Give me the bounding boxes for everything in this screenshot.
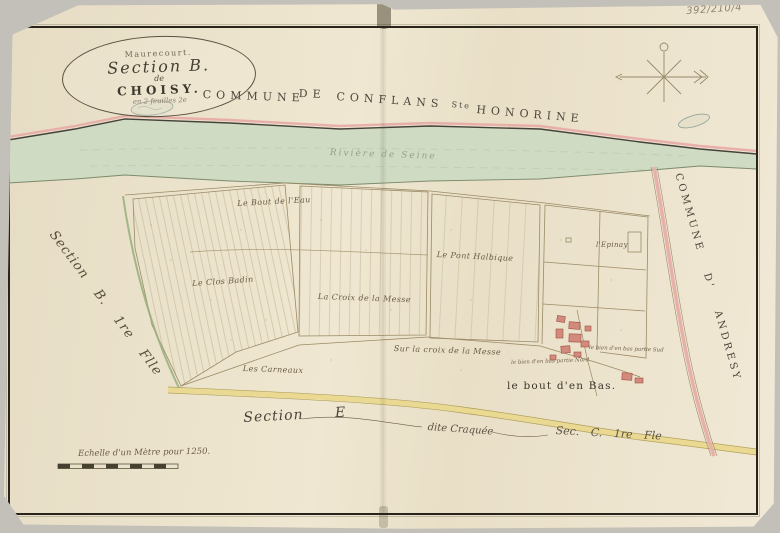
compass-rose-icon [616, 43, 708, 102]
parcel-blocks [125, 183, 650, 396]
field-label-epinay: l'Epinay [596, 241, 628, 249]
map-paper: 392/210/4 Maurecourt. Section B. de CHOI… [0, 0, 780, 533]
cartouche-note: en 2 feuilles 2e [133, 96, 187, 106]
oval-stamp-right [677, 111, 711, 130]
cartouche-name: CHOISY. [117, 81, 202, 98]
field-label-bout-den-bas: le bout d'en Bas. [507, 380, 616, 392]
scale-bar [58, 464, 178, 469]
arc-title-word-2: DE [299, 87, 326, 101]
arc-title-word-4: Ste [451, 100, 471, 111]
